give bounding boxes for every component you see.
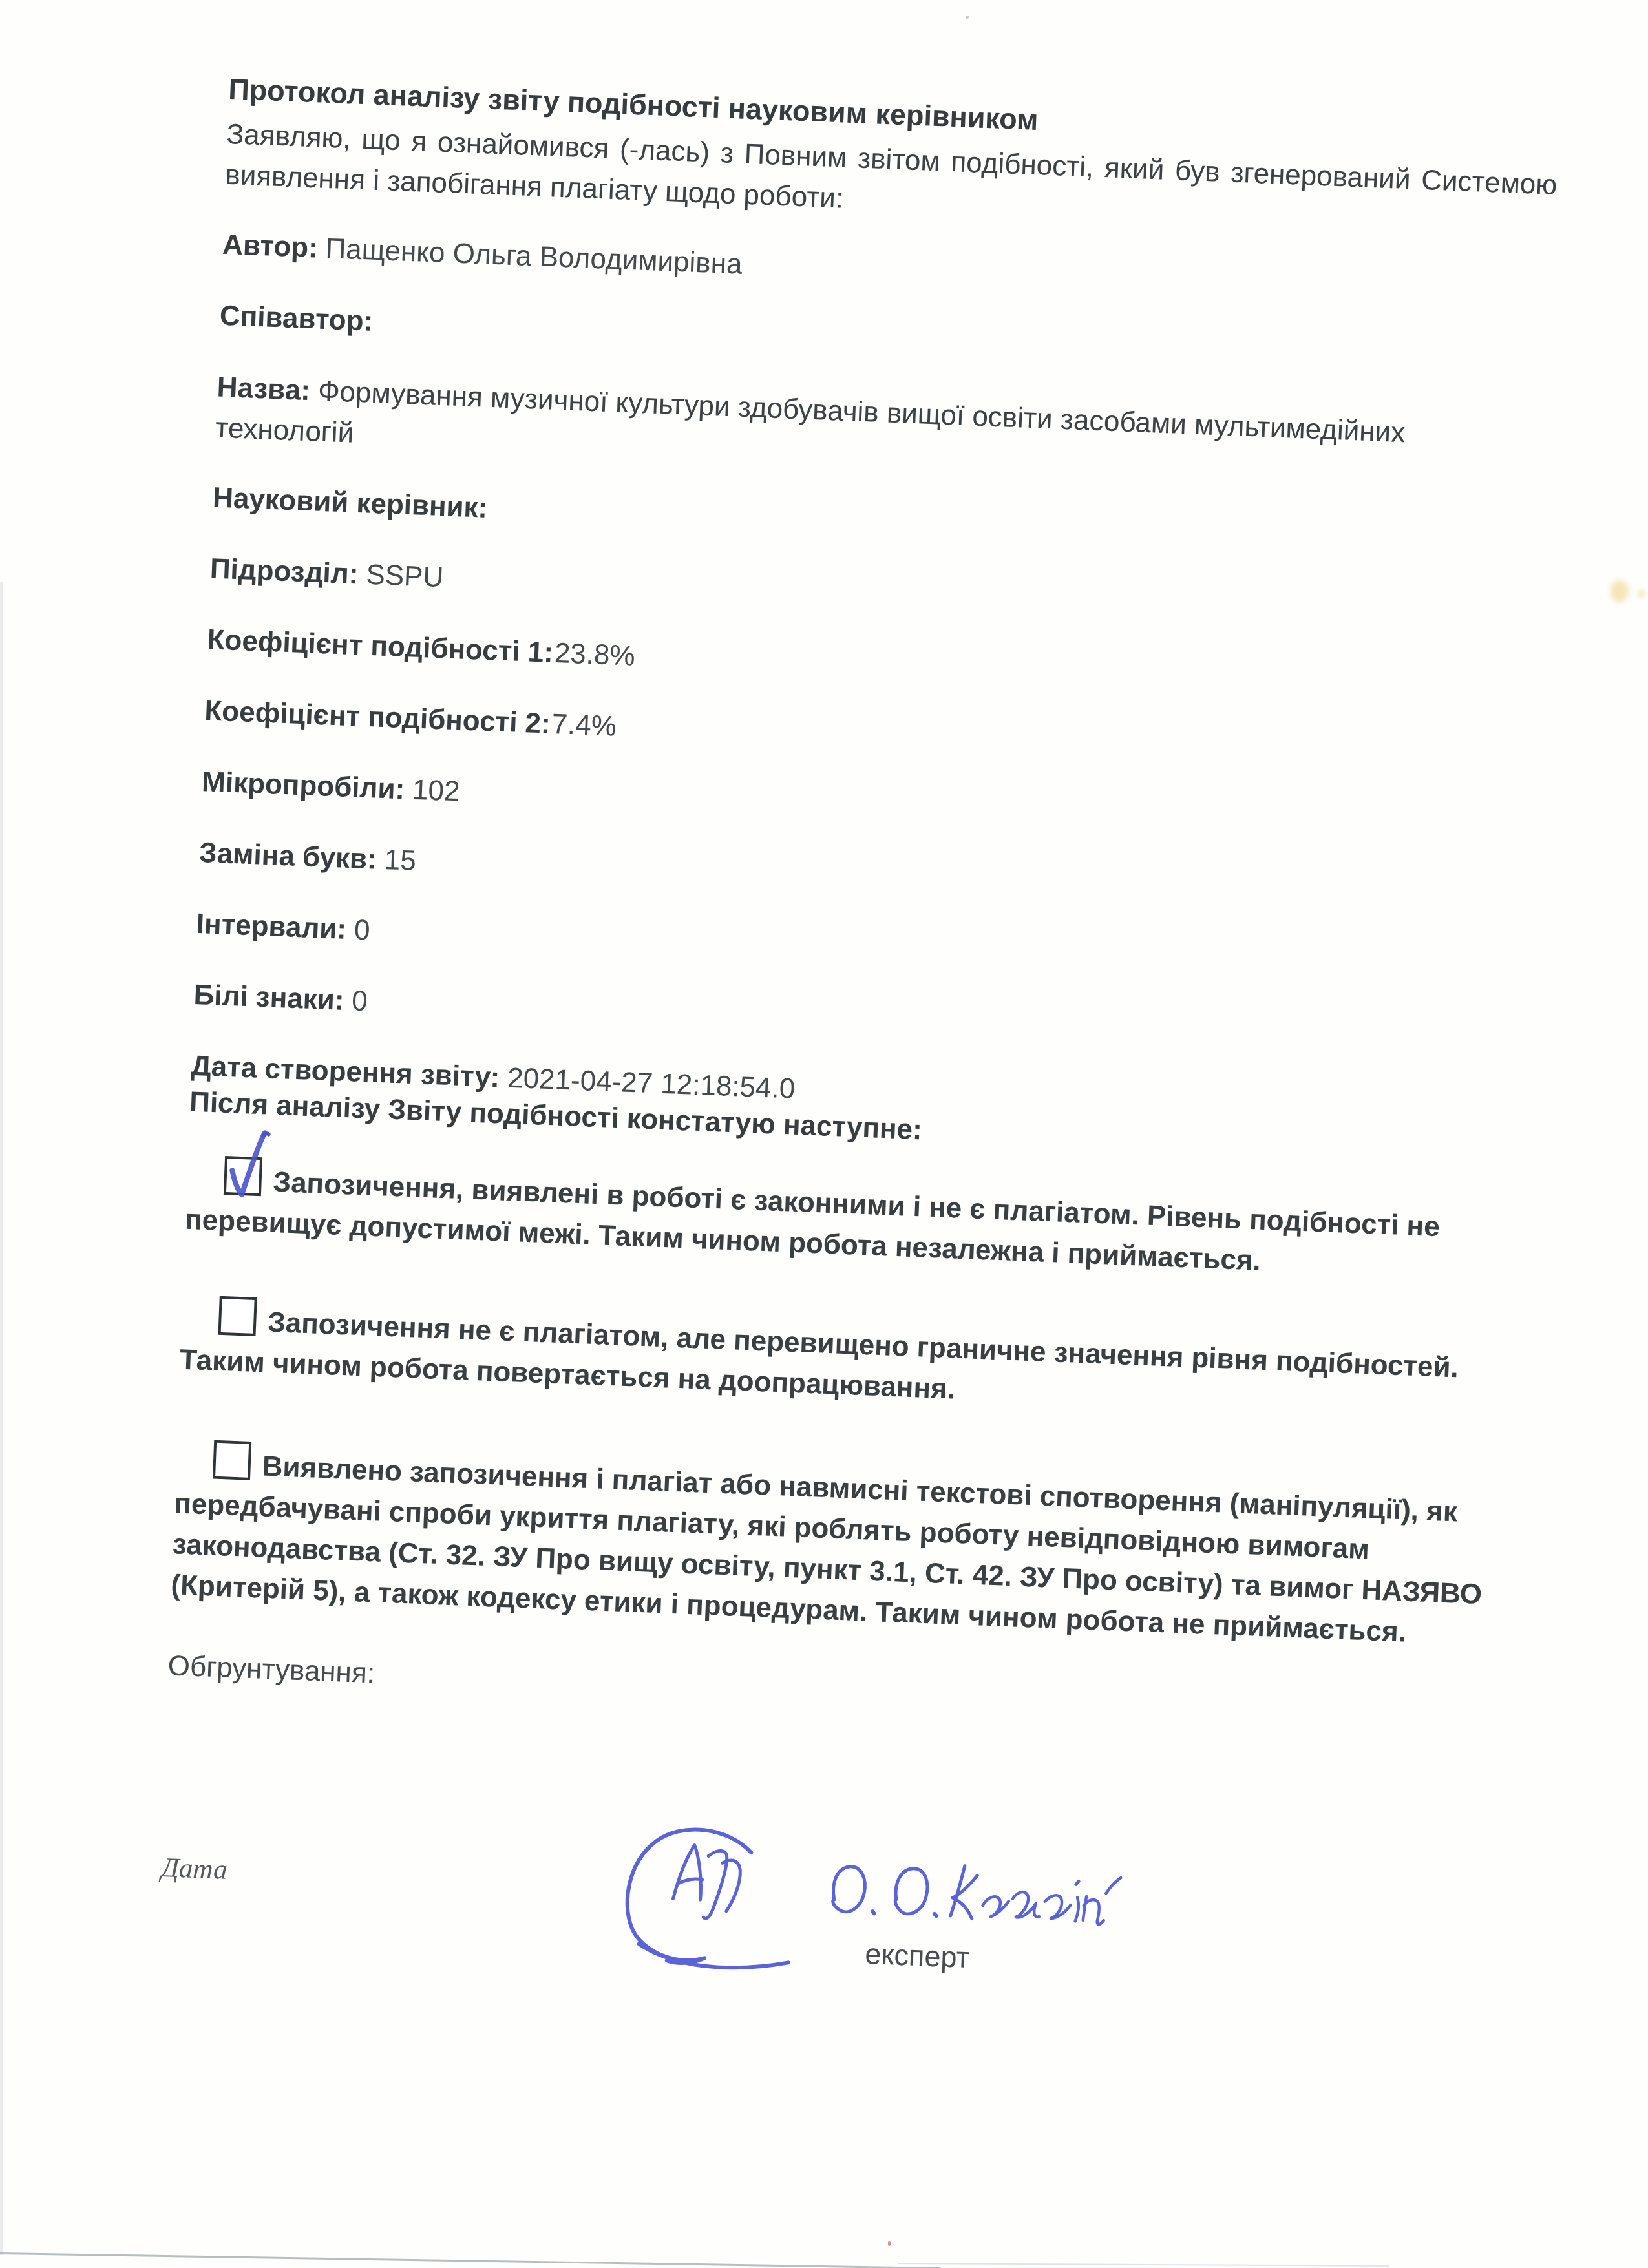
field-department: Підрозділ:SSPU	[209, 549, 445, 598]
scan-bottom-line-faint-artifact	[898, 2263, 1389, 2267]
field-title-of-work: Назва: Формування музичної культури здоб…	[215, 367, 1522, 498]
document-content: Протокол аналізу звіту подібності науков…	[155, 65, 1592, 2054]
field-author-value: Пащенко Ольга Володимирівна	[325, 233, 743, 280]
checkbox-accepted[interactable]	[224, 1156, 262, 1196]
option-rework: Запозичення не є плагіатом, але перевище…	[179, 1295, 1545, 1433]
field-intervals-value: 0	[354, 914, 370, 946]
field-coef2-label: Коефіцієнт подібності 2:	[204, 695, 551, 740]
scan-left-edge-artifact	[0, 582, 3, 2255]
justification-label: Обгрунтування:	[167, 1650, 375, 1690]
checkbox-rework[interactable]	[218, 1296, 257, 1336]
field-intervals-label: Інтервали:	[196, 908, 347, 945]
field-reportdate-label: Дата створення звіту:	[191, 1050, 501, 1093]
option-rework-text: Запозичення не є плагіатом, але перевище…	[179, 1307, 1459, 1405]
expert-label: експерт	[864, 1937, 970, 1975]
field-microspaces: Мікропробіли:102	[201, 762, 461, 812]
field-letters-value: 15	[384, 844, 417, 877]
field-whitesigns-value: 0	[351, 985, 368, 1017]
field-supervisor-label: Науковий керівник:	[212, 482, 488, 524]
gray-speck-artifact	[966, 16, 969, 19]
field-supervisor: Науковий керівник:	[212, 478, 496, 529]
field-reportdate-value: 2021-04-27 12:18:54.0	[507, 1062, 796, 1105]
field-letter-substitution: Заміна букв:15	[198, 833, 417, 881]
field-supervisor-value	[494, 492, 496, 524]
intro-statement: Заявляю, що я ознайомився (-лась) з Повн…	[224, 114, 1558, 246]
field-title-label: Назва:	[217, 372, 311, 407]
field-coef1-label: Коефіцієнт подібності 1:	[207, 624, 554, 669]
field-coauthor-value	[380, 306, 381, 337]
signature-row: Дата	[154, 1801, 1525, 2061]
supervisor-signature-icon	[612, 1819, 799, 1981]
expert-signature-icon	[803, 1836, 1137, 1965]
field-similarity-coef-1: Коефіцієнт подібності 1:23.8%	[207, 620, 636, 676]
field-coauthor: Співавтор:	[219, 296, 382, 342]
field-coef2-value: 7.4%	[551, 708, 617, 742]
field-microspaces-label: Мікропробіли:	[201, 766, 405, 805]
field-author-label: Автор:	[222, 229, 318, 264]
date-label: Дата	[161, 1852, 228, 1886]
field-department-label: Підрозділ:	[209, 552, 359, 590]
field-similarity-coef-2: Коефіцієнт подібності 2:7.4%	[204, 691, 617, 746]
option-rejected: Виявлено запозичення і плагіат або навми…	[170, 1438, 1539, 1657]
checkmark-icon	[222, 1130, 282, 1203]
field-coauthor-label: Співавтор:	[219, 300, 374, 337]
field-whitesigns-label: Білі знаки:	[193, 979, 345, 1016]
option-accepted: Запозичення, виявлені в роботі є законни…	[184, 1155, 1550, 1292]
option-rejected-text: Виявлено запозичення і плагіат або навми…	[171, 1451, 1483, 1648]
field-letters-label: Заміна букв:	[198, 837, 377, 876]
field-white-signs: Білі знаки:0	[193, 975, 368, 1022]
field-title-value: Формування музичної культури здобувачів …	[215, 375, 1406, 449]
red-speck-artifact	[888, 2241, 891, 2246]
scan-bottom-line-artifact	[0, 2252, 941, 2268]
option-accepted-text: Запозичення, виявлені в роботі є законни…	[184, 1166, 1440, 1277]
field-department-value: SSPU	[366, 559, 445, 594]
scanned-protocol-page: Протокол аналізу звіту подібності науков…	[0, 0, 1648, 2268]
yellow-smudge-small-artifact	[1638, 589, 1645, 598]
field-microspaces-value: 102	[412, 774, 460, 808]
field-coef1-value: 23.8%	[554, 637, 636, 672]
field-intervals: Інтервали:0	[196, 904, 371, 950]
field-author: Автор:Пащенко Ольга Володимирівна	[222, 225, 743, 285]
yellow-smudge-artifact	[1611, 580, 1629, 602]
checkbox-rejected[interactable]	[213, 1440, 251, 1480]
